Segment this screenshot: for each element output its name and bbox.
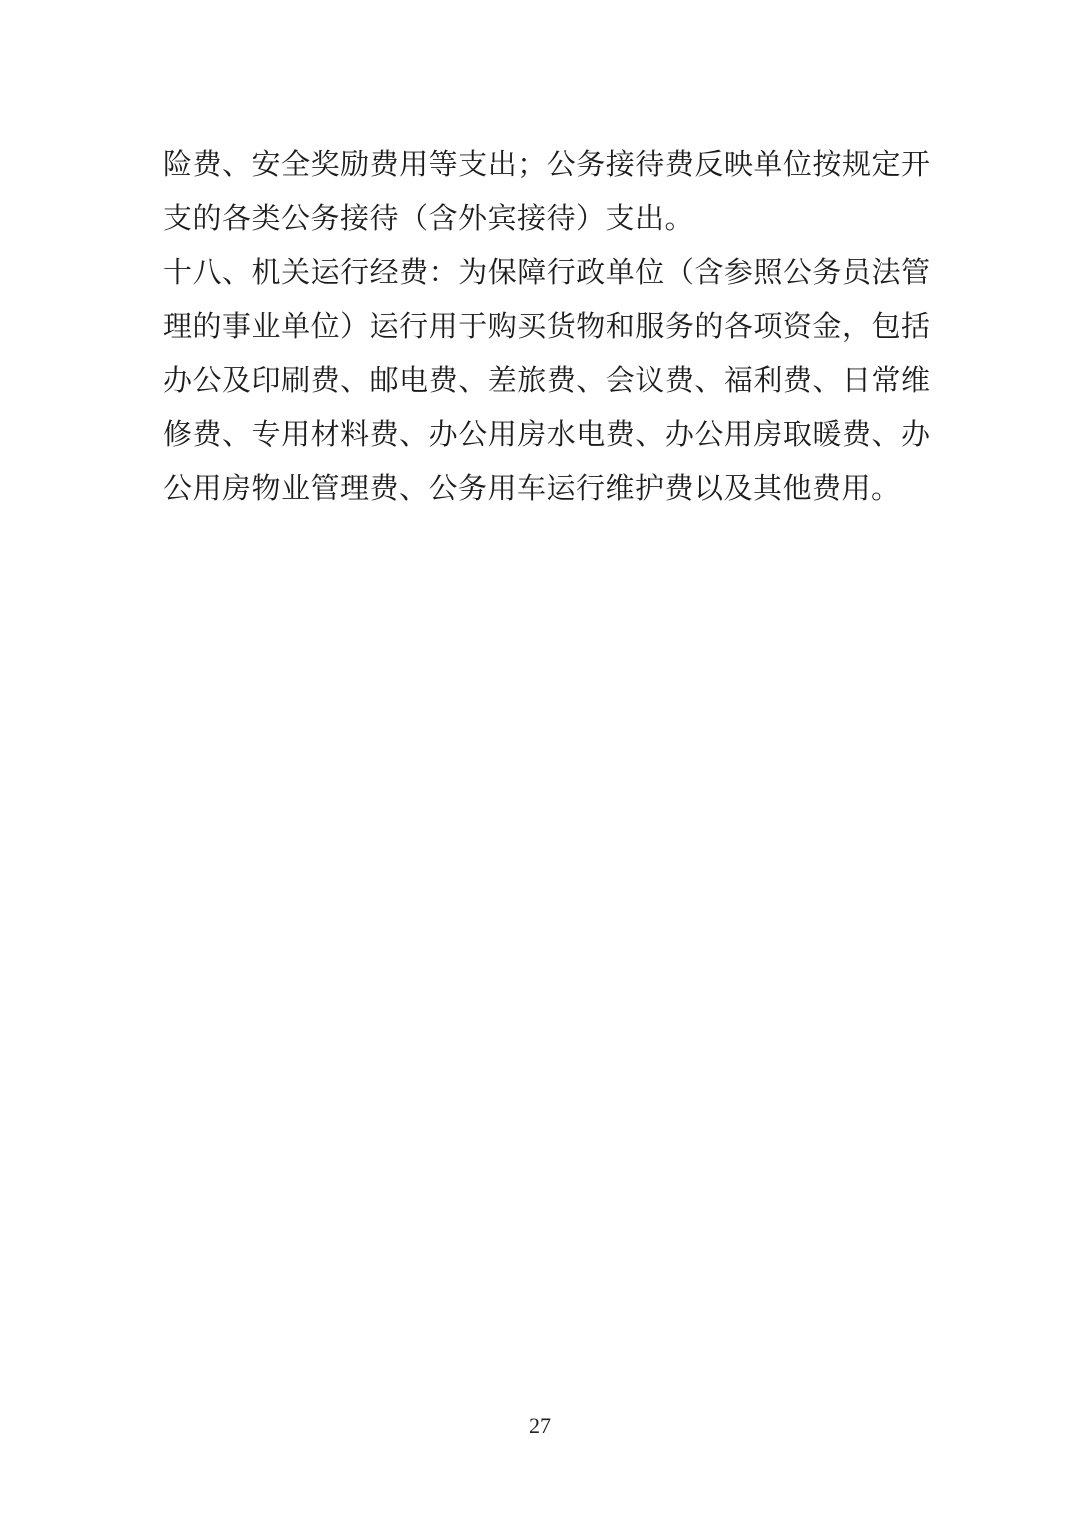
- text-line: 险费、安全奖励费用等支出；公务接待费反映单位按规定开: [163, 138, 930, 192]
- text-line: 公用房物业管理费、公务用车运行维护费以及其他费用。: [163, 462, 930, 516]
- document-page: 险费、安全奖励费用等支出；公务接待费反映单位按规定开 支的各类公务接待（含外宾接…: [0, 0, 1080, 1527]
- text-line: 修费、专用材料费、办公用房水电费、办公用房取暖费、办: [163, 408, 930, 462]
- text-line: 办公及印刷费、邮电费、差旅费、会议费、福利费、日常维: [163, 354, 930, 408]
- page-footer: 27: [0, 1413, 1080, 1439]
- text-line: 理的事业单位）运行用于购买货物和服务的各项资金，包括: [163, 300, 930, 354]
- paragraph-agency-operating-funds: 十八、机关运行经费：为保障行政单位（含参照公务员法管 理的事业单位）运行用于购买…: [163, 246, 930, 516]
- paragraph-expense-continuation: 险费、安全奖励费用等支出；公务接待费反映单位按规定开 支的各类公务接待（含外宾接…: [163, 138, 930, 246]
- text-line: 十八、机关运行经费：为保障行政单位（含参照公务员法管: [163, 246, 930, 300]
- body-text: 险费、安全奖励费用等支出；公务接待费反映单位按规定开 支的各类公务接待（含外宾接…: [163, 138, 930, 516]
- page-number: 27: [529, 1413, 551, 1438]
- text-line: 支的各类公务接待（含外宾接待）支出。: [163, 192, 930, 246]
